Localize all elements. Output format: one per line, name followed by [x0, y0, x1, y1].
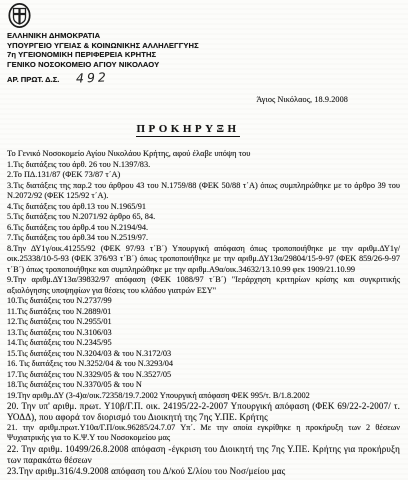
document-title: ΠΡΟΚΗΡΥΞΗ	[136, 123, 239, 137]
consideration-item: 12.Τις διατάξεις του Ν.2955/01	[7, 317, 400, 328]
letterhead-line: ΕΛΛΗΝΙΚΗ ΔΗΜΟΚΡΑΤΙΑ	[7, 31, 400, 41]
consideration-item: 14.Τις διατάξεις του Ν.2345/95	[7, 338, 400, 349]
consideration-item: 22. Την αριθμ. 10499/26.8.2008 απόφαση -…	[7, 444, 400, 466]
protocol-number-handwritten: 492	[75, 70, 108, 86]
consideration-item: 4.Τις διατάξεις του άρθ.13 του Ν.1965/91	[7, 202, 400, 213]
consideration-item: 17.Τις διατάξεις του Ν.3329/05 & του Ν.3…	[7, 370, 400, 381]
consideration-item: 3.Τις διατάξεις της παρ.2 του άρθρου 43 …	[7, 181, 400, 202]
letterhead-line: ΥΠΟΥΡΓΕΙΟ ΥΓΕΙΑΣ & ΚΟΙΝΩΝΙΚΗΣ ΑΛΛΗΛΕΓΓΥΗ…	[7, 41, 400, 51]
dateline: Άγιος Νικόλαος, 18.9.2008	[7, 95, 400, 104]
letterhead-line: ΓΕΝΙΚΟ ΝΟΣΟΚΟΜΕΙΟ ΑΓΙΟΥ ΝΙΚΟΛΑΟΥ	[7, 60, 400, 70]
consideration-item: 9.Την αριθμ.ΔΥ13α/39832/97 απόφαση (ΦΕΚ …	[7, 275, 400, 296]
consideration-item: 10.Τις διατάξεις του Ν.2737/99	[7, 296, 400, 307]
protocol-label: ΑΡ. ΠΡΩΤ. Δ.Σ.	[7, 75, 59, 84]
consideration-item: 5.Τις διατάξεις του Ν.2071/92 άρθρο 65, …	[7, 212, 400, 223]
title-wrapper: ΠΡΟΚΗΡΥΞΗ	[7, 119, 369, 137]
scanned-document-page: ΕΛΛΗΝΙΚΗ ΔΗΜΟΚΡΑΤΙΑΥΠΟΥΡΓΕΙΟ ΥΓΕΙΑΣ & ΚΟ…	[0, 0, 408, 480]
consideration-item: 20. Την υπ' αριθμ. πρωτ. Υ10β/Γ.Π. οικ. …	[7, 401, 400, 423]
consideration-item: 19.Την αριθμ.ΔΥ (3-4)α/οικ.72358/19.7.20…	[7, 391, 400, 402]
letterhead-line: 7η ΥΓΕΙΟΝΟΜΙΚΗ ΠΕΡΙΦΕΡΕΙΑ ΚΡΗΤΗΣ	[7, 50, 400, 60]
consideration-item: 11.Τις διατάξεις του Ν.2889/01	[7, 307, 400, 318]
consideration-item: 23.Την αριθμ.316/4.9.2008 απόφαση του Δ/…	[7, 466, 400, 477]
letterhead-lines: ΕΛΛΗΝΙΚΗ ΔΗΜΟΚΡΑΤΙΑΥΠΟΥΡΓΕΙΟ ΥΓΕΙΑΣ & ΚΟ…	[7, 31, 400, 69]
greek-coat-of-arms-icon	[8, 3, 31, 29]
intro-paragraph: Το Γενικό Νοσοκομείο Αγίου Νικολάου Κρήτ…	[7, 149, 400, 160]
consideration-item: 15.Τις διατάξεις του Ν.3204/03 & του Ν.3…	[7, 349, 400, 360]
consideration-item: 18.Τις διατάξεις του Ν.3370/05 & του Ν	[7, 380, 400, 391]
consideration-item: 21. την αριθμ.πρωτ.Υ10α/Γ.Π/οικ.96285/24…	[7, 423, 400, 444]
consideration-item: 8.Την ΔΥ1γ/οικ.41255/92 (ΦΕΚ 97/93 τ΄Β΄)…	[7, 244, 400, 276]
considerations-list: 1.Τις διατάξεις του άρθ. 26 του Ν.1397/8…	[7, 160, 400, 476]
consideration-item: 16. Τις διατάξεις του Ν.3252/04 & του Ν.…	[7, 359, 400, 370]
letterhead: ΕΛΛΗΝΙΚΗ ΔΗΜΟΚΡΑΤΙΑΥΠΟΥΡΓΕΙΟ ΥΓΕΙΑΣ & ΚΟ…	[7, 3, 400, 88]
consideration-item: 1.Τις διατάξεις του άρθ. 26 του Ν.1397/8…	[7, 160, 400, 171]
consideration-item: 2.Το ΠΔ.131/87 (ΦΕΚ 73/87 τ΄Α)	[7, 170, 400, 181]
protocol-line: ΑΡ. ΠΡΩΤ. Δ.Σ. 492	[7, 70, 400, 88]
consideration-item: 13.Τις διατάξεις του Ν.3106/03	[7, 328, 400, 339]
consideration-item: 6.Τις διατάξεις του άρθρ.4 του Ν.2194/94…	[7, 223, 400, 234]
consideration-item: 7.Τις διατάξεις του άρθ.34 του Ν.2519/97…	[7, 233, 400, 244]
